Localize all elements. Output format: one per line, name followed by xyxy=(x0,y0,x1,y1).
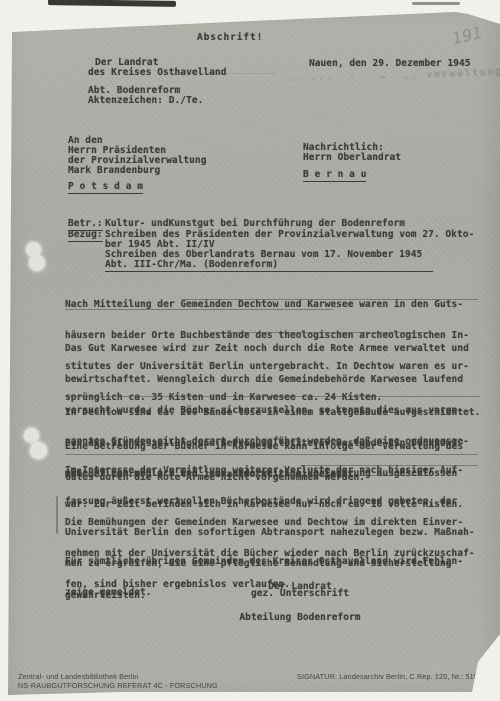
cc-city: B e r n a u xyxy=(303,170,366,182)
pencil-underline xyxy=(65,454,478,455)
pencil-margin-mark xyxy=(56,496,58,534)
hole-punch xyxy=(24,428,39,443)
pencil-underline xyxy=(212,332,430,333)
paper-sheet: Abschrift! 191 Der Landrat des Kreises O… xyxy=(0,0,500,701)
recipient-city: P o t s d a m xyxy=(68,182,143,194)
signature-block: Der Landrat Abteilung Bodenreform xyxy=(237,561,363,644)
hole-punch xyxy=(30,442,47,459)
pencil-underline xyxy=(65,396,480,397)
sender-reference: Aktenzeichen: D./Te. xyxy=(88,96,203,106)
pencil-underline xyxy=(300,465,478,466)
paragraph-line: Die Bemühungen der Gemeinden Karwesee un… xyxy=(65,518,475,528)
pencil-scribble xyxy=(162,73,277,74)
footer-library: Zentral- und Landesbibliothek Berlin xyxy=(18,672,138,681)
cc-name: Herrn Oberlandrat xyxy=(303,153,401,163)
paragraph-line: In Dechtow sind ca. 200 Bände lose in ei… xyxy=(65,408,480,418)
hole-punch xyxy=(29,255,45,271)
pencil-underline xyxy=(65,309,333,310)
scan-smudge xyxy=(48,0,176,7)
footer-department: NS-RAUBGUTFORSCHUNG REFERAT 4C - FORSCHU… xyxy=(18,681,218,690)
pencil-underline xyxy=(65,475,433,476)
paragraph-line: Das Gut Karwesee wird zur Zeit noch durc… xyxy=(65,344,469,354)
signature-line: Abteilung Bodenreform xyxy=(237,613,363,623)
reference-label: Bezug: xyxy=(68,230,103,242)
recipient-line: Mark Brandenburg xyxy=(68,166,160,176)
scanned-letter-page: Abschrift! 191 Der Landrat des Kreises O… xyxy=(0,0,500,701)
copy-heading: Abschrift! xyxy=(197,33,263,43)
handwritten-page-number: 191 xyxy=(450,23,484,49)
footer-signatur: SIGNATUR: Landesarchiv Berlin, C Rep. 12… xyxy=(297,672,484,681)
paragraph-line: bewirtschaftet. Wenngleich durch die Gem… xyxy=(65,375,469,385)
subject-text: Kultur- undKunstgut bei Durchführung der… xyxy=(105,219,405,229)
scan-smudge xyxy=(412,2,460,5)
signature-gez: gez. Unterschrift xyxy=(251,589,349,599)
pencil-underline xyxy=(181,299,478,300)
reference-line-underlined: Abt. III-Chr/Ma. (Bodenreform) xyxy=(105,260,433,272)
